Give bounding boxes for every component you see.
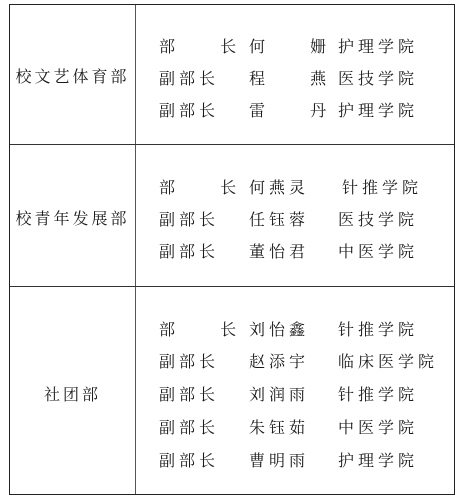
member-title: 部 长 [159, 37, 256, 57]
row-divider [10, 286, 454, 287]
member-college: 护理学院 [338, 101, 418, 121]
column-divider [135, 5, 136, 494]
member-college: 临床医学院 [338, 352, 438, 372]
member-college: 护理学院 [338, 37, 418, 57]
member-name: 程 燕 [249, 69, 346, 89]
member-college: 针推学院 [338, 385, 418, 405]
member-college: 针推学院 [338, 320, 418, 340]
member-title: 部 长 [159, 178, 256, 198]
member-name: 何燕灵 [249, 178, 309, 198]
member-college: 中医学院 [338, 418, 418, 438]
member-college: 护理学院 [338, 451, 418, 471]
member-title: 部 长 [159, 320, 256, 340]
department-name: 校青年发展部 [10, 209, 135, 229]
member-title: 副部长 [159, 451, 219, 471]
member-name: 曹明雨 [249, 451, 309, 471]
member-college: 针推学院 [342, 178, 422, 198]
department-name: 校文艺体育部 [10, 67, 135, 87]
member-title: 副部长 [159, 242, 219, 262]
member-college: 中医学院 [338, 242, 418, 262]
member-name: 董怡君 [249, 242, 309, 262]
member-name: 刘怡鑫 [249, 320, 309, 340]
member-title: 副部长 [159, 352, 219, 372]
row-divider [10, 144, 454, 145]
member-name: 任钰蓉 [249, 210, 309, 230]
member-name: 赵添宇 [249, 352, 309, 372]
member-title: 副部长 [159, 210, 219, 230]
member-college: 医技学院 [338, 210, 418, 230]
member-name: 雷 丹 [249, 101, 346, 121]
member-title: 副部长 [159, 101, 219, 121]
department-table: 校文艺体育部 部 长 何 姗 护理学院 副部长 程 燕 医技学院 副部长 雷 丹… [9, 4, 455, 495]
member-title: 副部长 [159, 69, 219, 89]
member-name: 何 姗 [249, 37, 346, 57]
member-college: 医技学院 [338, 69, 418, 89]
member-name: 刘润雨 [249, 385, 309, 405]
member-title: 副部长 [159, 418, 219, 438]
department-name: 社团部 [10, 385, 135, 405]
member-name: 朱钰茹 [249, 418, 309, 438]
member-title: 副部长 [159, 385, 219, 405]
